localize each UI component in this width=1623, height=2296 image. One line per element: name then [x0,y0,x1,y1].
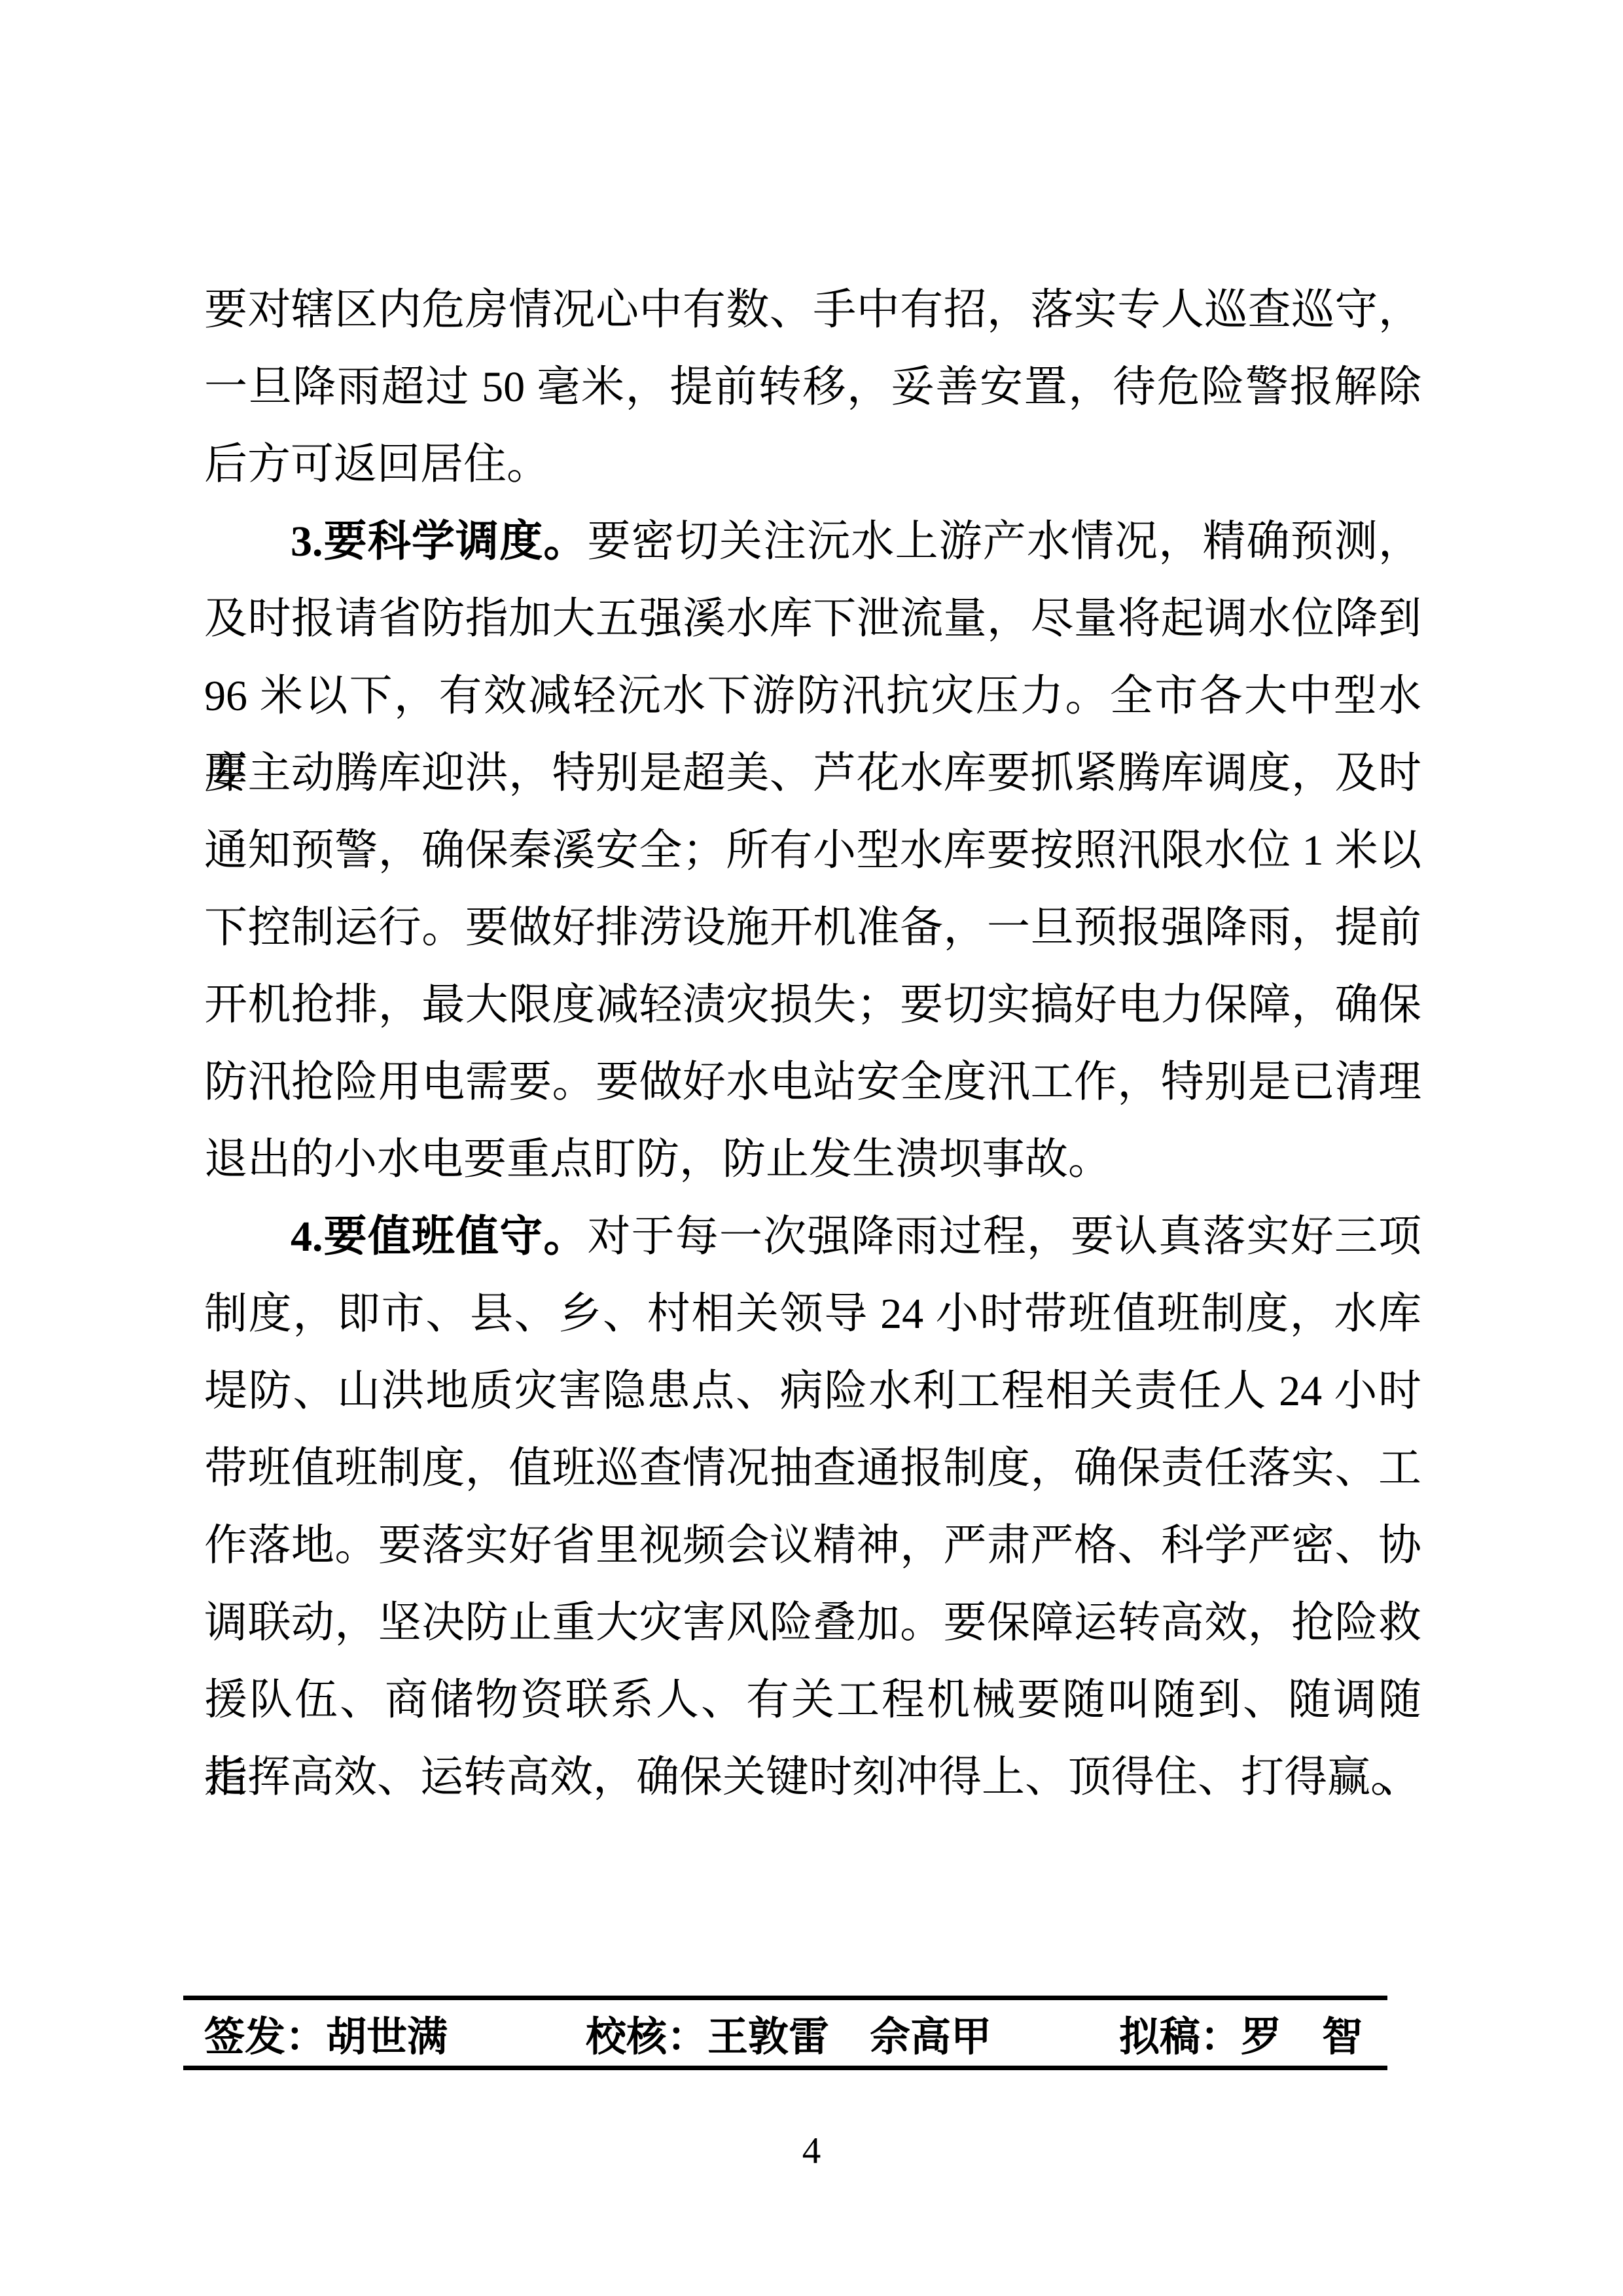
body-line: 一旦降雨超过 50 毫米，提前转移，妥善安置，待危险警报解除 [204,349,1421,426]
signoff-drafter: 拟稿：罗 智 [1119,2000,1363,2075]
signoff-issuer-value: 胡世满 [326,2015,448,2060]
signoff-block: 签发：胡世满 校核：王敦雷 佘高甲 拟稿：罗 智 [183,1996,1387,2070]
body-line: 4.要值班值守。对于每一次强降雨过程，要认真落实好三项 [204,1198,1421,1276]
body-line: 防汛抢险用电需要。要做好水电站安全度汛工作，特别是已清理 [204,1044,1421,1121]
document-page: 要对辖区内危房情况心中有数、手中有招，落实专人巡查巡守，一旦降雨超过 50 毫米… [0,0,1623,2296]
body-line: 带班值班制度，值班巡查情况抽查通报制度，确保责任落实、工 [204,1430,1421,1507]
signoff-proofreader: 校核：王敦雷 佘高甲 [586,2000,991,2075]
body-line: 后方可返回居住。 [204,426,1421,503]
body-line: 作落地。要落实好省里视频会议精神，严肃严格、科学严密、协 [204,1507,1421,1585]
paragraph-lead: 3.要科学调度。 [291,518,587,565]
signoff-drafter-label: 拟稿： [1119,2015,1241,2060]
body-line: 通知预警，确保秦溪安全；所有小型水库要按照汛限水位 1 米以 [204,812,1421,889]
body-line: 调联动，坚决防止重大灾害风险叠加。要保障运转高效，抢险救 [204,1585,1421,1662]
body-line: 指挥高效、运转高效，确保关键时刻冲得上、顶得住、打得赢。 [204,1739,1421,1816]
body-line: 制度，即市、县、乡、村相关领导 24 小时带班值班制度，水库 [204,1276,1421,1353]
body-line: 退出的小水电要重点盯防，防止发生溃坝事故。 [204,1121,1421,1198]
signoff-drafter-value: 罗 智 [1241,2015,1363,2060]
body-line: 下控制运行。要做好排涝设施开机准备，一旦预报强降雨，提前 [204,889,1421,967]
body-line: 援队伍、商储物资联系人、有关工程机械要随叫随到、随调随走、 [204,1662,1421,1739]
paragraph-lead: 4.要值班值守。 [291,1213,587,1261]
signoff-issuer-label: 签发： [204,2015,326,2060]
body-line: 要对辖区内危房情况心中有数、手中有招，落实专人巡查巡守， [204,272,1421,349]
body-line: 堤防、山洪地质灾害隐患点、病险水利工程相关责任人 24 小时 [204,1353,1421,1430]
body-line: 96 米以下，有效减轻沅水下游防汛抗灾压力。全市各大中型水库 [204,658,1421,735]
signoff-proofreader-value: 王敦雷 佘高甲 [707,2015,991,2060]
page-number: 4 [0,2128,1623,2174]
signoff-proofreader-label: 校核： [586,2015,707,2060]
body-line: 及时报请省防指加大五强溪水库下泄流量，尽量将起调水位降到 [204,581,1421,658]
body-line: 要主动腾库迎洪，特别是超美、芦花水库要抓紧腾库调度，及时 [204,735,1421,812]
body-line: 3.要科学调度。要密切关注沅水上游产水情况，精确预测， [204,503,1421,581]
body-text: 要对辖区内危房情况心中有数、手中有招，落实专人巡查巡守，一旦降雨超过 50 毫米… [204,272,1421,1816]
signoff-issuer: 签发：胡世满 [204,2000,448,2075]
body-line: 开机抢排，最大限度减轻渍灾损失；要切实搞好电力保障，确保 [204,967,1421,1044]
